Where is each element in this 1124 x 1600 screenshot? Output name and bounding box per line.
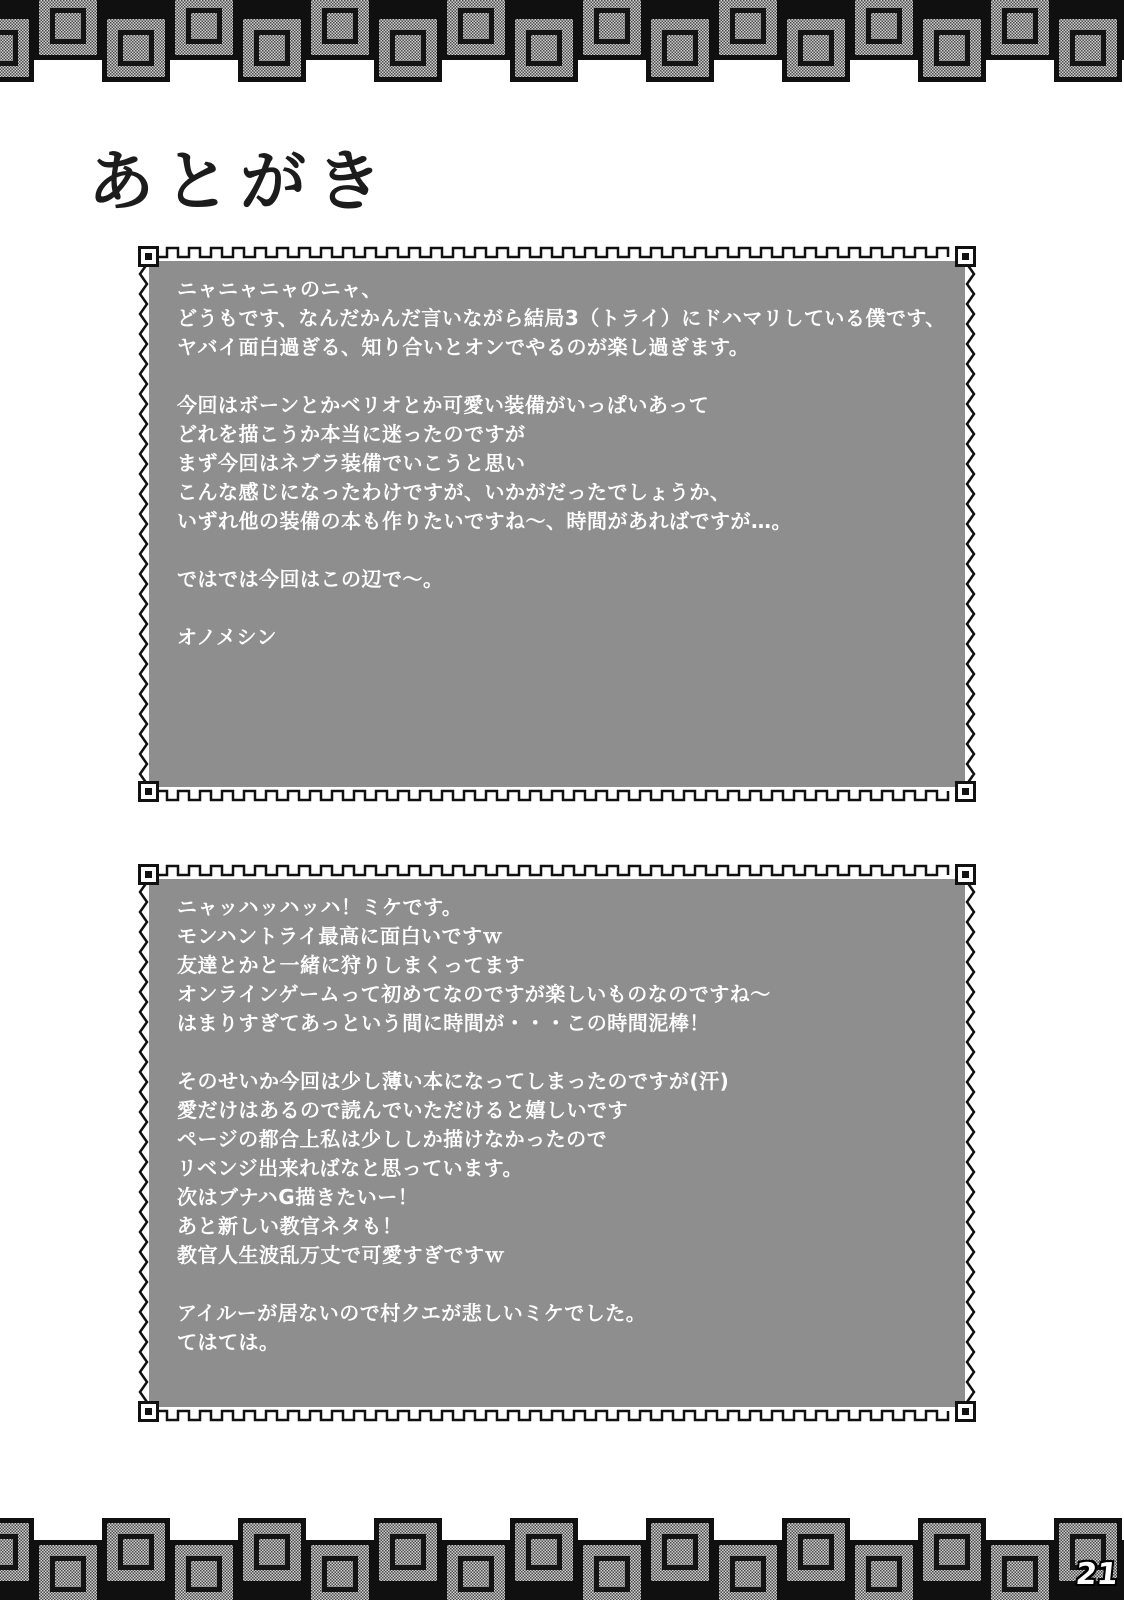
author-signature: てはては。 bbox=[177, 1328, 937, 1357]
afterword-line: 教官人生波乱万丈で可愛すぎですｗ bbox=[177, 1241, 937, 1270]
corner-square-ornament bbox=[138, 864, 159, 885]
afterword-line: そのせいか今回は少し薄い本になってしまったのですが(汗) bbox=[177, 1067, 937, 1096]
afterword-box-1-text: ニャニャニャのニャ、 どうもです、なんだかんだ言いながら結局3（トライ）にドハマ… bbox=[149, 261, 965, 787]
afterword-page: あとがき ニャニャニャのニャ、 どうもです、なんだかんだ言いながら結局3（トライ… bbox=[0, 0, 1124, 1600]
blank-line bbox=[177, 362, 937, 391]
afterword-line: モンハントライ最高に面白いですｗ bbox=[177, 922, 937, 951]
afterword-line: いずれ他の装備の本も作りたいですね～、時間があればですが…。 bbox=[177, 507, 937, 536]
corner-square-ornament bbox=[138, 246, 159, 267]
afterword-box-2: ニャッハッハッハ！ミケです。 モンハントライ最高に面白いですｗ 友達とかと一緒に… bbox=[136, 862, 978, 1424]
afterword-line: オンラインゲームって初めてなのですが楽しいものなのですね～ bbox=[177, 980, 937, 1009]
afterword-line: まず今回はネブラ装備でいこうと思い bbox=[177, 449, 937, 478]
bottom-decorative-border bbox=[0, 1504, 1124, 1600]
corner-square-ornament bbox=[955, 864, 976, 885]
corner-square-ornament bbox=[138, 1401, 159, 1422]
afterword-line: はまりすぎてあっという間に時間が・・・この時間泥棒！ bbox=[177, 1009, 937, 1038]
afterword-line: ニャニャニャのニャ、 bbox=[177, 275, 937, 304]
afterword-line: 次はブナハG描きたいー！ bbox=[177, 1183, 937, 1212]
afterword-line: ニャッハッハッハ！ミケです。 bbox=[177, 893, 937, 922]
afterword-box-2-text: ニャッハッハッハ！ミケです。 モンハントライ最高に面白いですｗ 友達とかと一緒に… bbox=[149, 879, 965, 1407]
top-decorative-border bbox=[0, 0, 1124, 96]
afterword-line: リベンジ出来ればなと思っています。 bbox=[177, 1154, 937, 1183]
afterword-line: あと新しい教官ネタも！ bbox=[177, 1212, 937, 1241]
page-title: あとがき bbox=[88, 128, 392, 223]
author-signature: オノメシン bbox=[177, 623, 937, 652]
afterword-line: 今回はボーンとかベリオとか可愛い装備がいっぱいあって bbox=[177, 391, 937, 420]
afterword-line: ページの都合上私は少ししか描けなかったので bbox=[177, 1125, 937, 1154]
afterword-line: 友達とかと一緒に狩りしまくってます bbox=[177, 951, 937, 980]
afterword-line: どれを描こうか本当に迷ったのですが bbox=[177, 420, 937, 449]
blank-line bbox=[177, 536, 937, 565]
afterword-line: ではでは今回はこの辺で～。 bbox=[177, 565, 937, 594]
corner-square-ornament bbox=[955, 246, 976, 267]
afterword-line: ヤバイ面白過ぎる、知り合いとオンでやるのが楽し過ぎます。 bbox=[177, 333, 937, 362]
corner-square-ornament bbox=[955, 1401, 976, 1422]
afterword-line: こんな感じになったわけですが、いかがだったでしょうか、 bbox=[177, 478, 937, 507]
page-number: 21 bbox=[1074, 1557, 1119, 1592]
afterword-box-1: ニャニャニャのニャ、 どうもです、なんだかんだ言いながら結局3（トライ）にドハマ… bbox=[136, 244, 978, 804]
corner-square-ornament bbox=[955, 781, 976, 802]
afterword-line: どうもです、なんだかんだ言いながら結局3（トライ）にドハマリしている僕です、 bbox=[177, 304, 937, 333]
blank-line bbox=[177, 1270, 937, 1299]
blank-line bbox=[177, 1038, 937, 1067]
corner-square-ornament bbox=[138, 781, 159, 802]
afterword-line: 愛だけはあるので読んでいただけると嬉しいです bbox=[177, 1096, 937, 1125]
afterword-line: アイルーが居ないので村クエが悲しいミケでした。 bbox=[177, 1299, 937, 1328]
blank-line bbox=[177, 594, 937, 623]
